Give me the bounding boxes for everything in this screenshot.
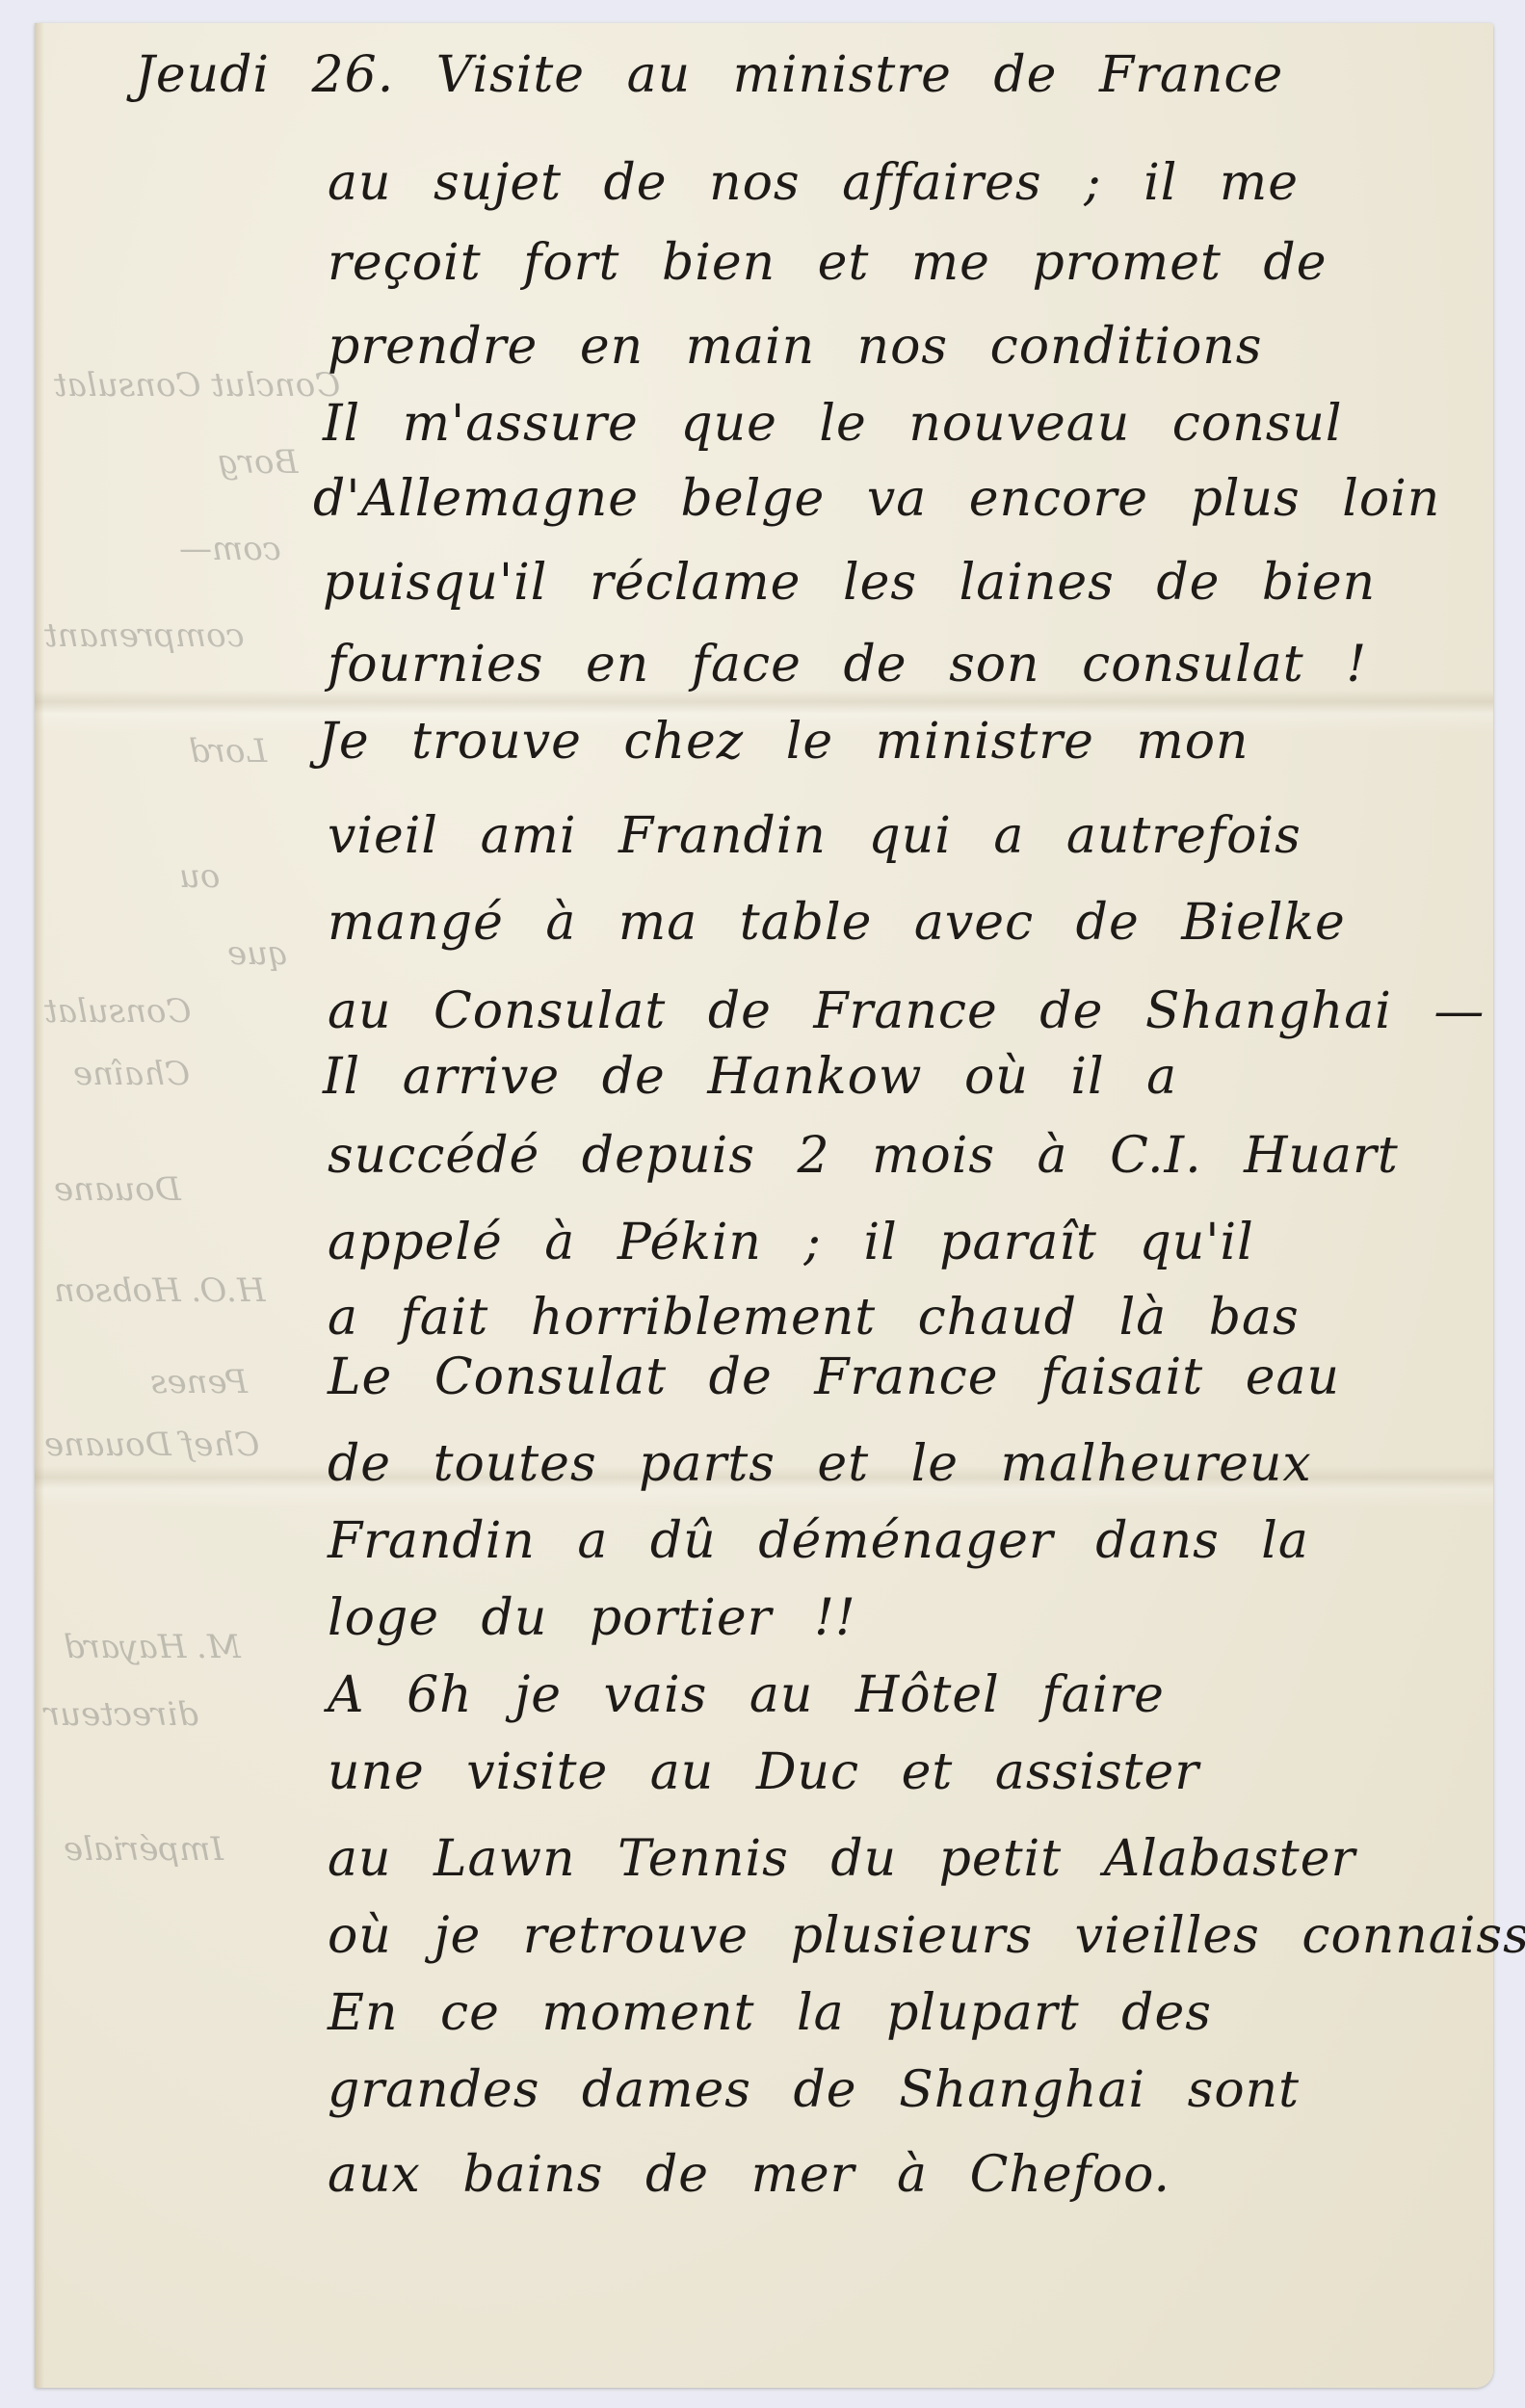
handwritten-line: aux bains de mer à Chefoo. bbox=[328, 2146, 1170, 2204]
bleed-through-mark: Conclut Consulat bbox=[54, 366, 340, 405]
bleed-through-mark: directeur bbox=[44, 1695, 198, 1734]
handwritten-line: fournies en face de son consulat ! bbox=[328, 636, 1367, 694]
handwritten-line: puisqu'il réclame les laines de bien bbox=[323, 554, 1376, 612]
letter-page: Conclut ConsulatBorgcom—comprenantLordou… bbox=[35, 23, 1493, 2388]
handwritten-line: Frandin a dû déménager dans la bbox=[328, 1512, 1309, 1570]
handwritten-line: de toutes parts et le malheureux bbox=[328, 1435, 1312, 1493]
handwritten-line: d'Allemagne belge va encore plus loin bbox=[313, 470, 1440, 528]
handwritten-line: Je trouve chez le ministre mon bbox=[318, 713, 1249, 771]
handwritten-line: au Lawn Tennis du petit Alabaster bbox=[328, 1830, 1355, 1888]
bleed-through-mark: com— bbox=[179, 530, 281, 568]
handwritten-line: Le Consulat de France faisait eau bbox=[328, 1348, 1340, 1406]
bleed-through-mark: Lord bbox=[189, 732, 267, 771]
handwritten-line: prendre en main nos conditions bbox=[328, 318, 1262, 376]
handwritten-line: reçoit fort bien et me promet de bbox=[328, 234, 1328, 292]
handwritten-line: au sujet de nos affaires ; il me bbox=[328, 154, 1299, 212]
handwritten-line: vieil ami Frandin qui a autrefois bbox=[328, 807, 1302, 865]
bleed-through-mark: ou bbox=[179, 857, 220, 896]
handwritten-line: En ce moment la plupart des bbox=[328, 1984, 1212, 2042]
handwritten-line: Jeudi 26. Visite au ministre de France bbox=[135, 46, 1283, 104]
bleed-through-mark: Impériale bbox=[64, 1830, 223, 1869]
bleed-through-mark: Chaîne bbox=[73, 1055, 190, 1093]
bleed-through-mark: Borg bbox=[218, 443, 298, 482]
bleed-through-mark: comprenant bbox=[44, 616, 245, 655]
bleed-through-mark: Consulat bbox=[44, 992, 192, 1031]
handwritten-line: Il m'assure que le nouveau consul bbox=[323, 395, 1343, 453]
handwritten-line: grandes dames de Shanghai sont bbox=[328, 2061, 1300, 2119]
handwritten-line: loge du portier !! bbox=[328, 1589, 856, 1647]
handwritten-line: a fait horriblement chaud là bas bbox=[328, 1289, 1300, 1347]
bleed-through-mark: que bbox=[227, 934, 289, 973]
bleed-through-mark: H.O. Hobson bbox=[54, 1271, 266, 1310]
handwritten-line: au Consulat de France de Shanghai — bbox=[328, 982, 1485, 1040]
bleed-through-mark: Penes bbox=[150, 1363, 248, 1401]
handwritten-line: A 6h je vais au Hôtel faire bbox=[328, 1666, 1165, 1724]
handwritten-line: Il arrive de Hankow où il a bbox=[323, 1048, 1177, 1106]
bleed-through-mark: M. Hayard bbox=[64, 1628, 241, 1666]
handwritten-line: appelé à Pékin ; il paraît qu'il bbox=[328, 1214, 1254, 1271]
bleed-through-mark: Douane bbox=[54, 1170, 181, 1209]
handwritten-line: mangé à ma table avec de Bielke bbox=[328, 894, 1346, 952]
handwritten-line: succédé depuis 2 mois à C.I. Huart bbox=[328, 1127, 1399, 1185]
bleed-through-mark: Chef Douane bbox=[44, 1426, 259, 1464]
handwritten-line: où je retrouve plusieurs vieilles connai… bbox=[328, 1907, 1525, 1965]
handwritten-line: une visite au Duc et assister bbox=[328, 1743, 1199, 1801]
